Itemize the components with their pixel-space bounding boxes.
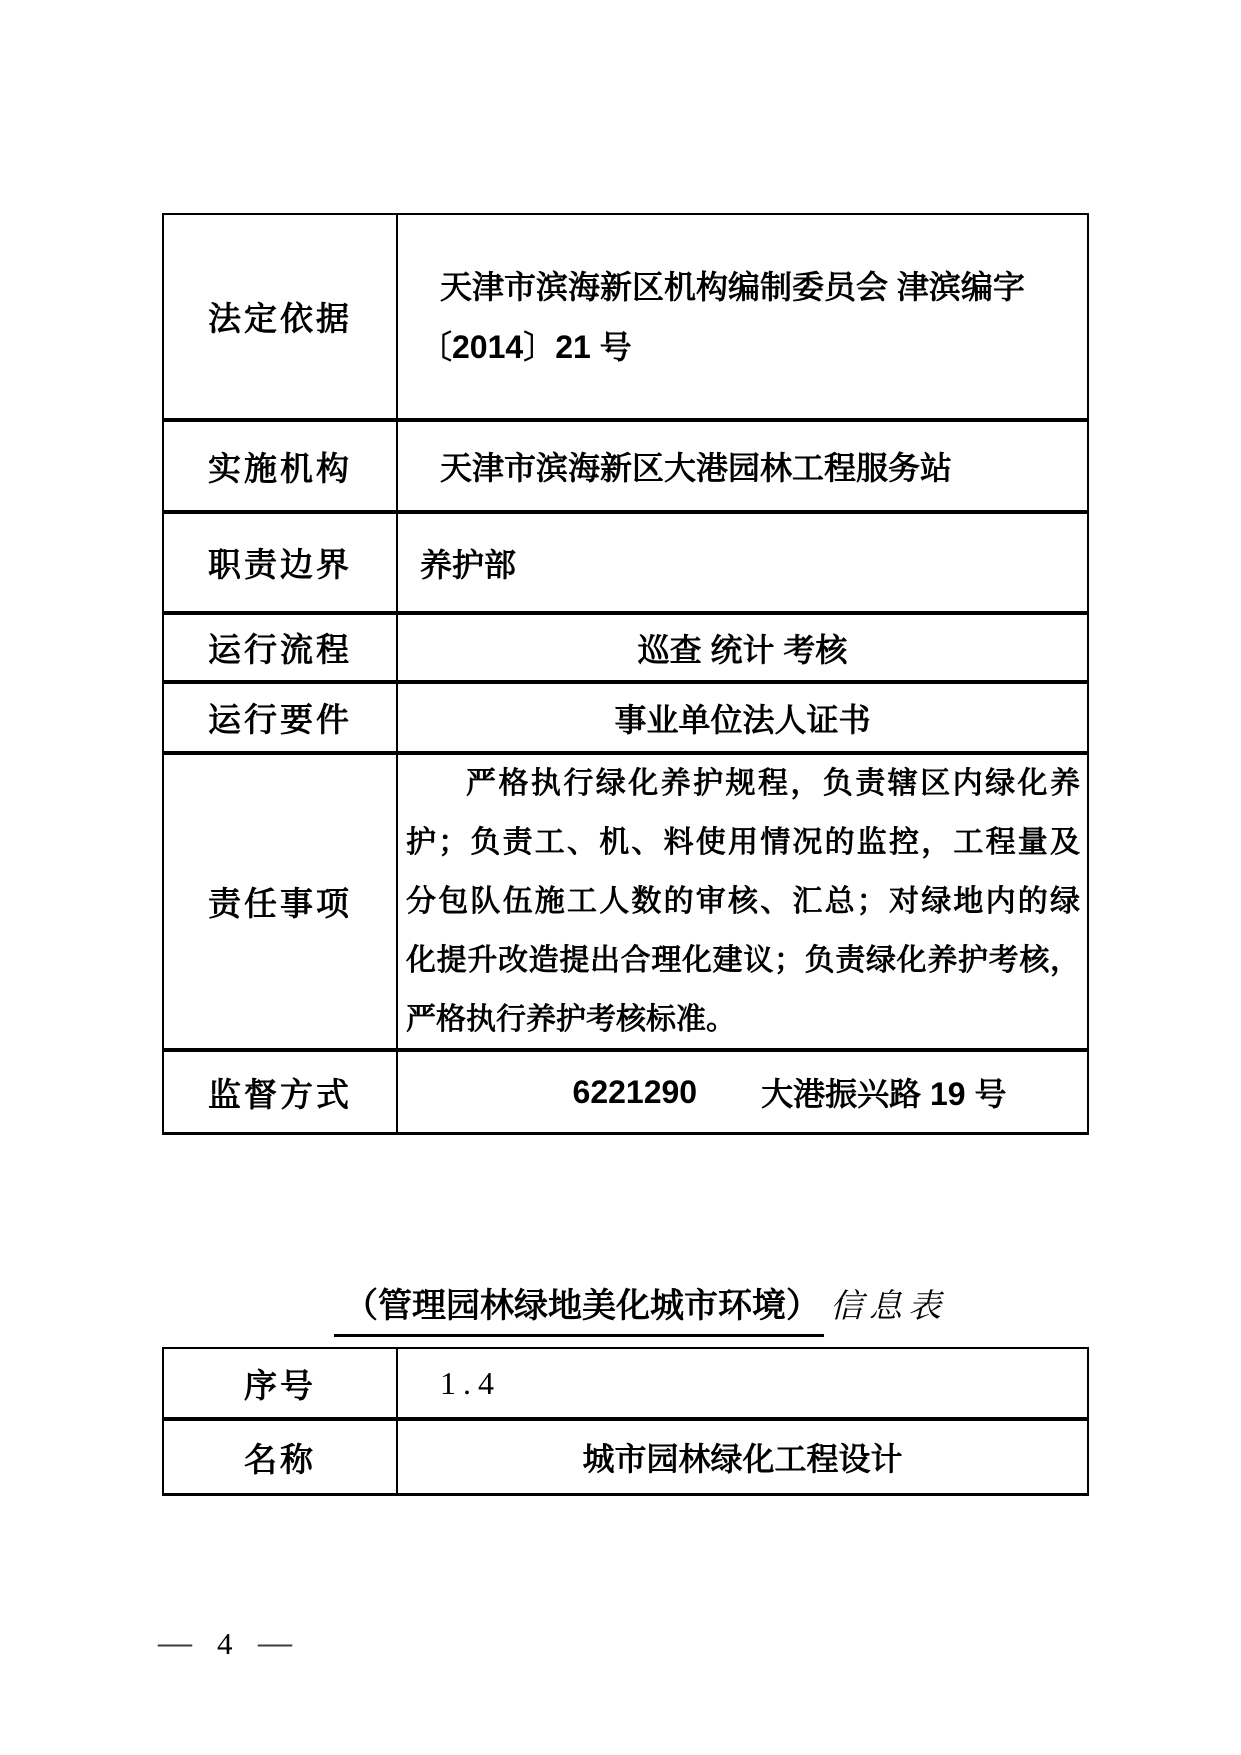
document-page: { "info_table_1": { "rows": [ { "label":… — [0, 0, 1241, 1755]
table-row-duty-boundary: 职责边界 养护部 — [164, 510, 1087, 611]
operation-process-text: 巡查 统计 考核 — [638, 625, 848, 671]
table-row-item-name: 名称 城市园林绿化工程设计 — [164, 1417, 1087, 1493]
row-value-responsibility-items: 严格执行绿化养护规程，负责辖区内绿化养 护；负责工、机、料使用情况的监控，工程量… — [398, 755, 1087, 1048]
table-row-operation-requirement: 运行要件 事业单位法人证书 — [164, 680, 1087, 751]
table-row-supervision-method: 监督方式 6221290 大港振兴路 19 号 — [164, 1048, 1087, 1132]
table-row-serial-number: 序号 1.4 — [164, 1349, 1087, 1417]
responsibility-line-1: 严格执行绿化养护规程，负责辖区内绿化养 — [406, 754, 1080, 813]
operation-requirement-text: 事业单位法人证书 — [614, 695, 870, 741]
item-name-text: 城市园林绿化工程设计 — [582, 1434, 902, 1480]
footer-right-dash: — — [257, 1627, 292, 1661]
table-row-operation-process: 运行流程 巡查 统计 考核 — [164, 611, 1087, 680]
row-label-supervision-method: 监督方式 — [164, 1052, 398, 1132]
row-label-item-name: 名称 — [164, 1421, 398, 1493]
row-label-legal-basis: 法定依据 — [164, 215, 398, 418]
row-label-operation-process: 运行流程 — [164, 615, 398, 680]
row-label-serial-number: 序号 — [164, 1349, 398, 1417]
row-label-duty-boundary: 职责边界 — [164, 514, 398, 611]
legal-basis-line-2: 〔2014〕21 号 — [420, 317, 1075, 377]
responsibility-line-4: 化提升改造提出合理化建议；负责绿化养护考核， — [406, 931, 1080, 990]
row-label-responsibility-items: 责任事项 — [164, 755, 398, 1048]
row-value-serial-number: 1.4 — [398, 1349, 1087, 1417]
footer-left-dash: — — [158, 1627, 193, 1661]
section-title-underlined: （管理园林绿地美化城市环境） — [334, 1283, 824, 1337]
info-table-main: 法定依据 天津市滨海新区机构编制委员会 津滨编字 〔2014〕21 号 实施机构… — [162, 213, 1089, 1135]
row-value-operation-process: 巡查 统计 考核 — [398, 615, 1087, 680]
table-row-implementing-agency: 实施机构 天津市滨海新区大港园林工程服务站 — [164, 418, 1087, 510]
table-row-responsibility-items: 责任事项 严格执行绿化养护规程，负责辖区内绿化养 护；负责工、机、料使用情况的监… — [164, 751, 1087, 1048]
row-value-implementing-agency: 天津市滨海新区大港园林工程服务站 — [398, 422, 1087, 510]
legal-basis-line-1: 天津市滨海新区机构编制委员会 津滨编字 — [420, 257, 1075, 317]
row-label-operation-requirement: 运行要件 — [164, 684, 398, 751]
page-footer: — 4 — — [160, 1626, 290, 1662]
serial-number-text: 1.4 — [420, 1365, 1075, 1402]
page-number: 4 — [217, 1626, 233, 1662]
implementing-agency-text: 天津市滨海新区大港园林工程服务站 — [420, 443, 1075, 489]
info-table-secondary: 序号 1.4 名称 城市园林绿化工程设计 — [162, 1347, 1089, 1496]
responsibility-line-5: 严格执行养护考核标准。 — [406, 990, 1080, 1049]
duty-boundary-text: 养护部 — [420, 540, 1075, 586]
responsibility-line-3: 分包队伍施工人数的审核、汇总；对绿地内的绿 — [406, 872, 1080, 931]
row-value-legal-basis: 天津市滨海新区机构编制委员会 津滨编字 〔2014〕21 号 — [398, 215, 1087, 418]
row-value-item-name: 城市园林绿化工程设计 — [398, 1421, 1087, 1493]
supervision-address: 大港振兴路 19 号 — [761, 1069, 1006, 1115]
responsibility-line-2: 护；负责工、机、料使用情况的监控，工程量及 — [406, 813, 1080, 872]
row-value-operation-requirement: 事业单位法人证书 — [398, 684, 1087, 751]
supervision-phone: 6221290 — [573, 1074, 698, 1111]
row-label-implementing-agency: 实施机构 — [164, 422, 398, 510]
section-title: （管理园林绿地美化城市环境）信息表 — [162, 1283, 1089, 1337]
row-value-duty-boundary: 养护部 — [398, 514, 1087, 611]
row-value-supervision-method: 6221290 大港振兴路 19 号 — [398, 1052, 1087, 1132]
table-row-legal-basis: 法定依据 天津市滨海新区机构编制委员会 津滨编字 〔2014〕21 号 — [164, 215, 1087, 418]
section-title-suffix: 信息表 — [830, 1286, 947, 1325]
